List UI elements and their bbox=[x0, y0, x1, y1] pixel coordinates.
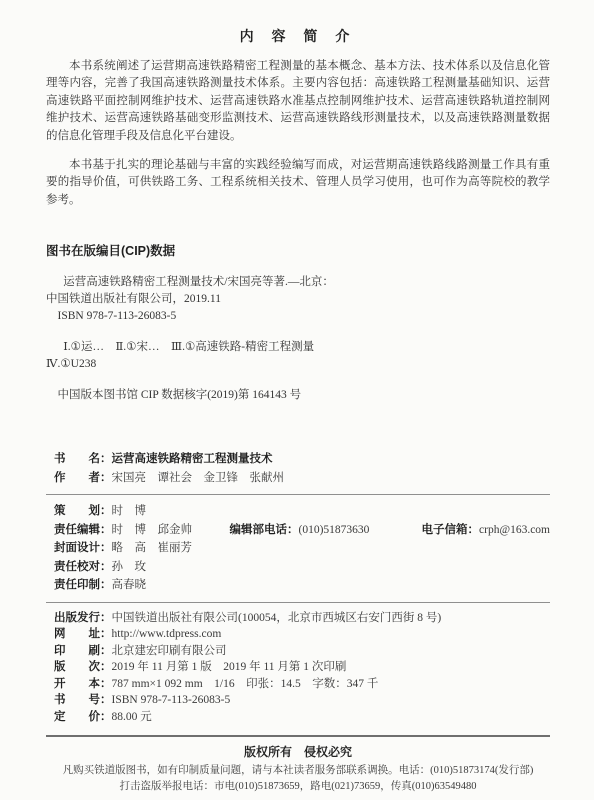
cip-class-line-2: Ⅳ.①U238 bbox=[46, 356, 550, 373]
format-value: 787 mm×1 092 mm 1/16 印张：14.5 字数：347 千 bbox=[112, 678, 379, 690]
book-number-value: ISBN 978-7-113-26083-5 bbox=[112, 694, 231, 706]
copyright-heading: 版权所有 侵权必究 bbox=[46, 743, 550, 760]
print-supervisor-label: 责任印制： bbox=[54, 579, 112, 591]
book-title-label: 书 名： bbox=[54, 453, 112, 465]
proofreader-value: 孙 玫 bbox=[112, 561, 147, 573]
publisher-label: 出版发行： bbox=[54, 612, 112, 624]
website-label: 网 址： bbox=[54, 628, 112, 640]
row-publisher: 出版发行：中国铁道出版社有限公司(100054，北京市西城区右安门西街 8 号) bbox=[46, 610, 550, 627]
copyright-page: 内 容 简 介 本书系统阐述了运营期高速铁路精密工程测量的基本概念、基本方法、技… bbox=[0, 0, 594, 800]
edition-label: 版 次： bbox=[54, 661, 112, 673]
cip-block: 运营高速铁路精密工程测量技术/宋国亮等著.—北京： 中国铁道出版社有限公司，20… bbox=[46, 274, 550, 404]
row-print-supervisor: 责任印制：高春晓 bbox=[46, 576, 550, 595]
copyright-notice-line-2: 打击盗版举报电话：市电(010)51873659，路电(021)73659，传真… bbox=[46, 779, 550, 795]
cip-entry-line-1: 运营高速铁路精密工程测量技术/宋国亮等著.—北京： bbox=[46, 274, 550, 291]
price-value: 88.00 元 bbox=[112, 711, 152, 723]
cip-isbn-line: ISBN 978-7-113-26083-5 bbox=[46, 308, 550, 325]
email-label: 电子信箱： bbox=[422, 524, 480, 536]
book-title-value: 运营高速铁路精密工程测量技术 bbox=[112, 453, 273, 465]
cover-design-label: 封面设计： bbox=[54, 542, 112, 554]
email-value: crph@163.com bbox=[479, 524, 550, 536]
proofreader-label: 责任校对： bbox=[54, 561, 112, 573]
intro-paragraph-2: 本书基于扎实的理论基础与丰富的实践经验编写而成，对运营期高速铁路线路测量工作具有… bbox=[46, 157, 550, 210]
author-label: 作 者： bbox=[54, 472, 112, 484]
divider-3 bbox=[46, 735, 550, 737]
intro-heading: 内 容 简 介 bbox=[46, 26, 550, 46]
cover-design-value: 略 高 崔丽芳 bbox=[112, 542, 193, 554]
row-cover-design: 封面设计：略 高 崔丽芳 bbox=[46, 539, 550, 558]
row-book-title: 书 名：运营高速铁路精密工程测量技术 bbox=[46, 450, 550, 469]
row-website: 网 址：http://www.tdpress.com bbox=[46, 626, 550, 643]
price-label: 定 价： bbox=[54, 711, 112, 723]
spacer bbox=[46, 404, 550, 450]
editor-value: 时 博 邱金帅 bbox=[112, 524, 193, 536]
editor-phone-value: (010)51873630 bbox=[299, 524, 370, 536]
row-planner: 策 划：时 博 bbox=[46, 502, 550, 521]
editor-phone-label: 编辑部电话： bbox=[230, 524, 299, 536]
website-value: http://www.tdpress.com bbox=[112, 628, 222, 640]
planner-label: 策 划： bbox=[54, 505, 112, 517]
planner-value: 时 博 bbox=[112, 505, 147, 517]
row-editor: 责任编辑：时 博 邱金帅 编辑部电话：(010)51873630 电子信箱：cr… bbox=[46, 521, 550, 540]
cip-record-line: 中国版本图书馆 CIP 数据核字(2019)第 164143 号 bbox=[46, 387, 550, 404]
copyright-notice-line-1: 凡购买铁道版图书，如有印制质量问题，请与本社读者服务部联系调换。电话：(010)… bbox=[46, 763, 550, 779]
row-format: 开 本：787 mm×1 092 mm 1/16 印张：14.5 字数：347 … bbox=[46, 676, 550, 693]
row-price: 定 价：88.00 元 bbox=[46, 709, 550, 726]
row-proofreader: 责任校对：孙 玫 bbox=[46, 558, 550, 577]
row-book-number: 书 号：ISBN 978-7-113-26083-5 bbox=[46, 692, 550, 709]
editor-label: 责任编辑： bbox=[54, 524, 112, 536]
cip-heading: 图书在版编目(CIP)数据 bbox=[46, 241, 550, 259]
print-supervisor-value: 高春晓 bbox=[112, 579, 147, 591]
row-author: 作 者：宋国亮 谭社会 金卫锋 张献州 bbox=[46, 469, 550, 488]
author-value: 宋国亮 谭社会 金卫锋 张献州 bbox=[112, 472, 285, 484]
publisher-value: 中国铁道出版社有限公司(100054，北京市西城区右安门西街 8 号) bbox=[112, 612, 442, 624]
format-label: 开 本： bbox=[54, 678, 112, 690]
printer-label: 印 刷： bbox=[54, 645, 112, 657]
cip-class-line-1: Ⅰ.①运… Ⅱ.①宋… Ⅲ.①高速铁路-精密工程测量 bbox=[46, 339, 550, 356]
divider-1 bbox=[46, 494, 550, 495]
printer-value: 北京建宏印刷有限公司 bbox=[112, 645, 227, 657]
row-edition: 版 次：2019 年 11 月第 1 版 2019 年 11 月第 1 次印刷 bbox=[46, 659, 550, 676]
divider-2 bbox=[46, 602, 550, 603]
row-printer: 印 刷：北京建宏印刷有限公司 bbox=[46, 643, 550, 660]
book-number-label: 书 号： bbox=[54, 694, 112, 706]
edition-value: 2019 年 11 月第 1 版 2019 年 11 月第 1 次印刷 bbox=[112, 661, 347, 673]
intro-paragraph-1: 本书系统阐述了运营期高速铁路精密工程测量的基本概念、基本方法、技术体系以及信息化… bbox=[46, 58, 550, 146]
cip-entry-line-2: 中国铁道出版社有限公司，2019.11 bbox=[46, 291, 550, 308]
